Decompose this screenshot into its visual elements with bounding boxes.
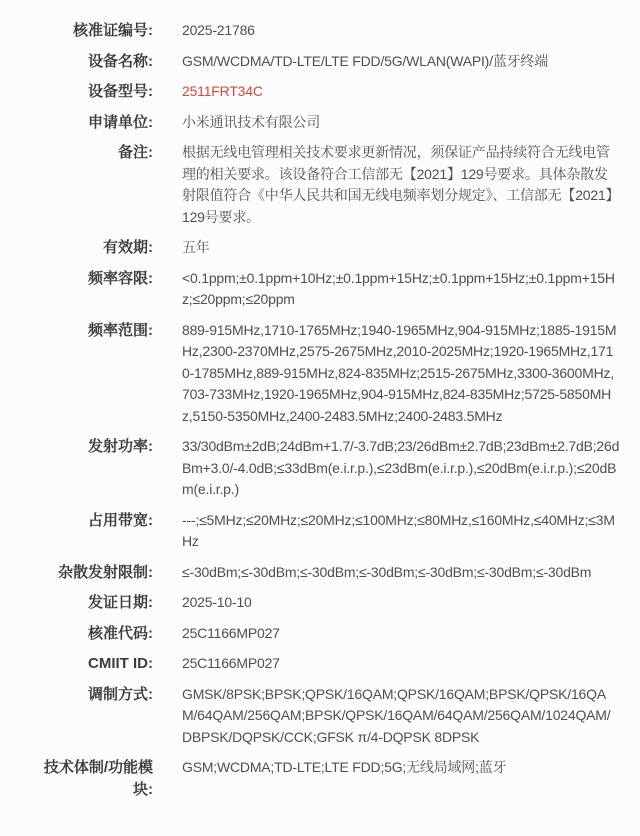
field-value: <0.1ppm;±0.1ppm+10Hz;±0.1ppm+15Hz;±0.1pp… (182, 268, 620, 311)
field-value: 2025-10-10 (182, 592, 620, 614)
field-value: 2025-21786 (182, 20, 620, 42)
field-label: 发射功率: (28, 436, 153, 458)
field-row: 频率容限: <0.1ppm;±0.1ppm+10Hz;±0.1ppm+15Hz;… (28, 268, 622, 311)
field-row: 发证日期: 2025-10-10 (28, 592, 622, 614)
field-label: 备注: (28, 142, 153, 164)
field-label: CMIIT ID: (28, 653, 153, 675)
field-label: 核准代码: (28, 623, 153, 645)
field-label: 技术体制/功能模块: (28, 757, 153, 800)
field-value: GMSK/8PSK;BPSK;QPSK/16QAM;QPSK/16QAM;BPS… (182, 684, 620, 749)
field-label: 频率范围: (28, 320, 153, 342)
field-label: 申请单位: (28, 112, 153, 134)
field-row: 发射功率: 33/30dBm±2dB;24dBm+1.7/-3.7dB;23/2… (28, 436, 622, 501)
field-row: 设备型号: 2511FRT34C (28, 81, 622, 103)
field-value: 889-915MHz,1710-1765MHz;1940-1965MHz,904… (182, 320, 620, 428)
field-value: ≤-30dBm;≤-30dBm;≤-30dBm;≤-30dBm;≤-30dBm;… (182, 562, 620, 584)
field-value: ---;≤5MHz;≤20MHz;≤20MHz;≤100MHz;≤80MHz,≤… (182, 510, 620, 553)
field-row: 技术体制/功能模块: GSM;WCDMA;TD-LTE;LTE FDD;5G;无… (28, 757, 622, 800)
field-row: 核准代码: 25C1166MP027 (28, 623, 622, 645)
field-value: 五年 (182, 237, 620, 259)
field-row: 频率范围: 889-915MHz,1710-1765MHz;1940-1965M… (28, 320, 622, 428)
field-value: 25C1166MP027 (182, 653, 620, 675)
field-row: 有效期: 五年 (28, 237, 622, 259)
field-row: 申请单位: 小米通讯技术有限公司 (28, 112, 622, 134)
field-value: 25C1166MP027 (182, 623, 620, 645)
field-row: 杂散发射限制: ≤-30dBm;≤-30dBm;≤-30dBm;≤-30dBm;… (28, 562, 622, 584)
field-label: 有效期: (28, 237, 153, 259)
field-value: GSM;WCDMA;TD-LTE;LTE FDD;5G;无线局域网;蓝牙 (182, 757, 620, 779)
field-label: 设备型号: (28, 81, 153, 103)
field-value: 2511FRT34C (182, 81, 620, 103)
approval-certificate-detail: 核准证编号: 2025-21786 设备名称: GSM/WCDMA/TD-LTE… (0, 0, 640, 836)
field-row: CMIIT ID: 25C1166MP027 (28, 653, 622, 675)
field-label: 占用带宽: (28, 510, 153, 532)
field-row: 备注: 根据无线电管理相关技术要求更新情况，须保证产品持续符合无线电管理的相关要… (28, 142, 622, 228)
field-label: 频率容限: (28, 268, 153, 290)
field-value: 根据无线电管理相关技术要求更新情况，须保证产品持续符合无线电管理的相关要求。该设… (182, 142, 620, 228)
field-label: 杂散发射限制: (28, 562, 153, 584)
field-label: 调制方式: (28, 684, 153, 706)
field-label: 核准证编号: (28, 20, 153, 42)
field-value: 33/30dBm±2dB;24dBm+1.7/-3.7dB;23/26dBm±2… (182, 436, 620, 501)
field-row: 设备名称: GSM/WCDMA/TD-LTE/LTE FDD/5G/WLAN(W… (28, 51, 622, 73)
field-row: 占用带宽: ---;≤5MHz;≤20MHz;≤20MHz;≤100MHz;≤8… (28, 510, 622, 553)
field-value: 小米通讯技术有限公司 (182, 112, 620, 134)
field-row: 核准证编号: 2025-21786 (28, 20, 622, 42)
field-label: 发证日期: (28, 592, 153, 614)
field-row: 调制方式: GMSK/8PSK;BPSK;QPSK/16QAM;QPSK/16Q… (28, 684, 622, 749)
field-value: GSM/WCDMA/TD-LTE/LTE FDD/5G/WLAN(WAPI)/蓝… (182, 51, 620, 73)
field-label: 设备名称: (28, 51, 153, 73)
